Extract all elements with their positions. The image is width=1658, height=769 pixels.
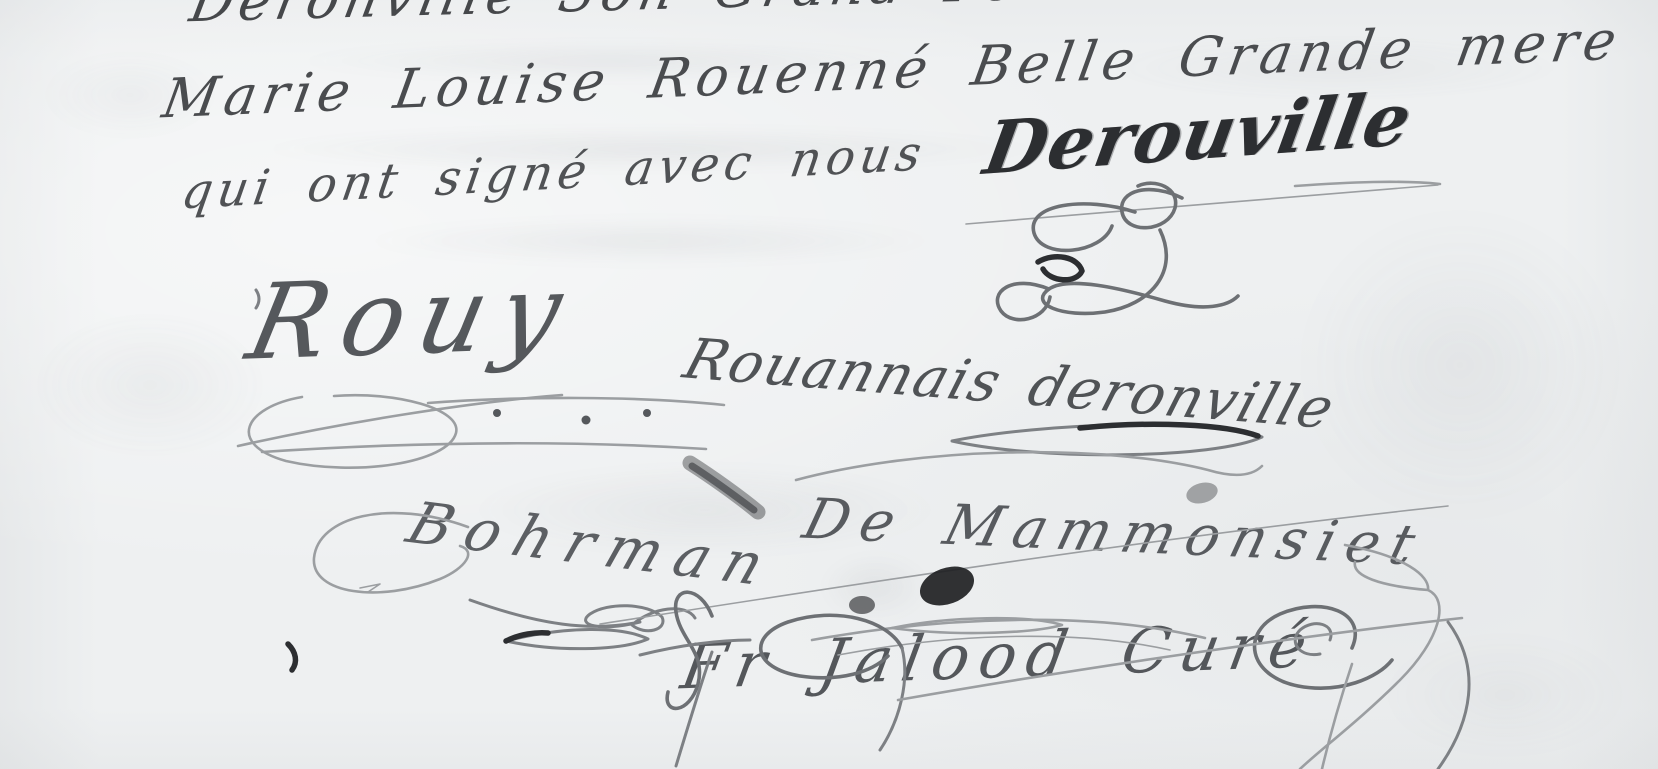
cure-lens-left bbox=[506, 629, 648, 648]
derouville-tail-stroke bbox=[1295, 182, 1440, 186]
handwritten-line-grandpere: Deronville Son Grand Per et bbox=[186, 0, 1158, 30]
rouy-cross-stroke bbox=[238, 395, 562, 446]
paper-smudge bbox=[1290, 200, 1630, 530]
derouville-cross-stroke bbox=[966, 185, 1438, 224]
signature-rouy: Rouy bbox=[240, 259, 585, 375]
bohrman-under-flourish bbox=[470, 600, 695, 631]
signature-rouannais-deronville: Rouannais deronville bbox=[678, 332, 1342, 438]
rouy-dot bbox=[582, 416, 591, 425]
mammonsiet-over-arc bbox=[796, 452, 1262, 480]
derouville-dark-knot bbox=[1038, 257, 1082, 280]
derouville-descender bbox=[1043, 230, 1238, 313]
rouy-dot bbox=[493, 409, 501, 417]
cure-ring-descender bbox=[1322, 664, 1352, 769]
signature-de-mammonsiet: De Mammonsiet bbox=[798, 492, 1432, 574]
signature-bohrman: Bohrman bbox=[401, 494, 785, 595]
ink-blot-tiny bbox=[849, 596, 875, 614]
paper-smudge bbox=[30, 310, 270, 460]
paper-smudge bbox=[1380, 630, 1630, 760]
manuscript-page: Deronville Son Grand Per et Marie Louise… bbox=[0, 0, 1658, 769]
ink-smear-diagonal bbox=[690, 463, 758, 512]
signature-derouville: Derouville bbox=[979, 82, 1417, 185]
paper-smudge bbox=[820, 552, 930, 622]
ink-smear-diagonal-core bbox=[692, 466, 754, 510]
derouville-loop-top bbox=[1122, 183, 1182, 227]
rouy-dot bbox=[643, 409, 651, 417]
derouville-loop-big bbox=[1033, 204, 1135, 251]
rouy-ellipse bbox=[249, 395, 457, 468]
cure-lens-left-dark-tip bbox=[506, 633, 548, 641]
rouy-sweep-upper bbox=[428, 398, 724, 405]
signature-cure: Fr Jalood Curé bbox=[677, 614, 1321, 699]
cure-right-descender bbox=[1438, 622, 1469, 769]
bohrman-comma-mark bbox=[288, 644, 295, 670]
derouville-curl bbox=[997, 283, 1050, 319]
handwritten-line-signe-avec-nous: qui ont signé avec nous bbox=[178, 129, 929, 216]
ink-blot-large bbox=[915, 560, 980, 613]
derouville-paraph bbox=[966, 182, 1440, 320]
bohrman-arrow-mark bbox=[360, 584, 380, 592]
rouy-sweep-lower bbox=[262, 443, 706, 452]
